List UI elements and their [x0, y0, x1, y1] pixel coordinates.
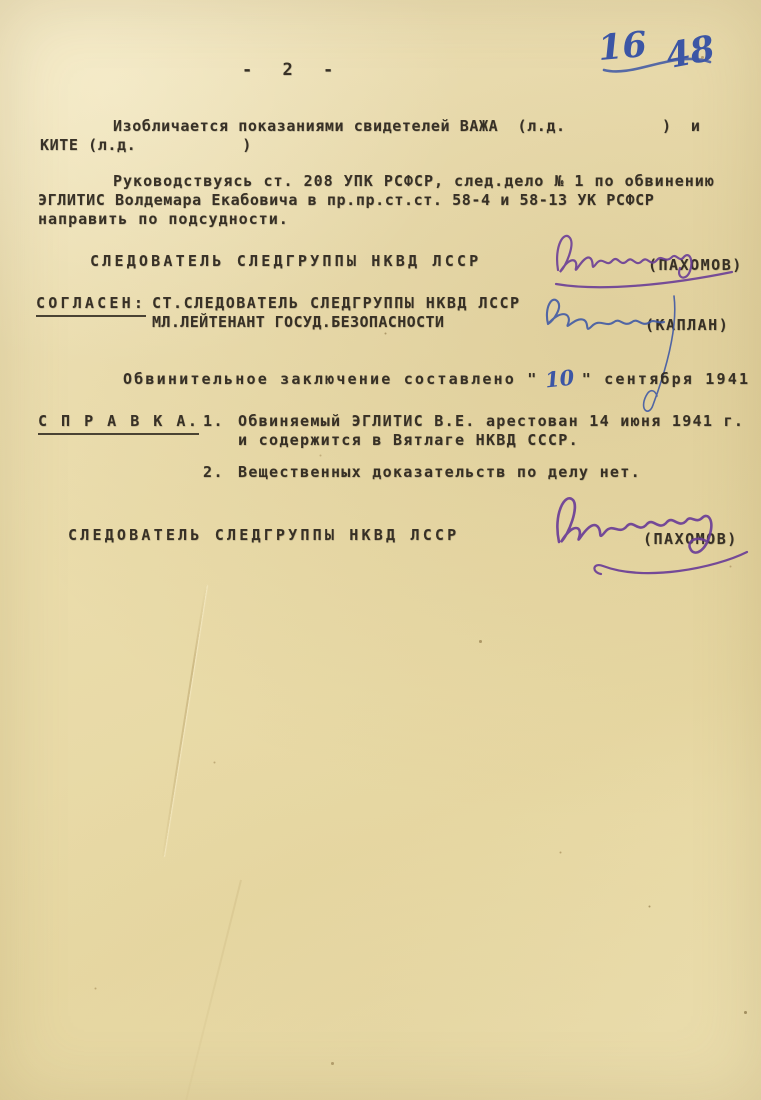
- paper-specks: [0, 0, 1, 1]
- paper-crease: [162, 585, 207, 857]
- signature1-surname: (ПАХОМОВ): [648, 256, 743, 275]
- scanned-document-page: 16 48 - 2 - Изобличается показаниями сви…: [0, 0, 761, 1100]
- paragraph-1-line-1: Изобличается показаниями свидетелей ВАЖА…: [113, 117, 700, 136]
- conclusion-line: Обвинительное заключение составлено "10"…: [78, 350, 761, 408]
- paragraph-2-line-2: ЭГЛИТИС Волдемара Екабовича в пр.пр.ст.с…: [38, 191, 654, 210]
- paragraph-2-line-3: направить по подсудности.: [38, 210, 289, 229]
- corner-number-left: 16: [596, 24, 648, 69]
- agreement-title-line-1: СТ.СЛЕДОВАТЕЛЬ СЛЕДГРУППЫ НКВД ЛССР: [152, 294, 521, 313]
- conclusion-suffix: " сентября 1941 г.: [582, 370, 761, 388]
- agreement-surname: (КАПЛАН): [645, 316, 729, 335]
- spravka-item1-line-1: Обвиняемый ЭГЛИТИС В.Е. арестован 14 июн…: [238, 412, 744, 431]
- spravka-item1-number: 1.: [203, 412, 224, 431]
- page-number: - 2 -: [242, 61, 343, 80]
- handwritten-day: 10: [545, 368, 576, 390]
- signature1-title: СЛЕДОВАТЕЛЬ СЛЕДГРУППЫ НКВД ЛССР: [90, 252, 481, 271]
- agreement-title-line-2: МЛ.ЛЕЙТЕНАНТ ГОСУД.БЕЗОПАСНОСТИ: [152, 313, 444, 332]
- signature2-surname: (ПАХОМОВ): [643, 530, 738, 549]
- spravka-item2-number: 2.: [203, 463, 224, 482]
- paragraph-2-line-1: Руководствуясь ст. 208 УПК РСФСР, след.д…: [113, 172, 715, 191]
- paper-crease: [184, 880, 242, 1100]
- handwritten-corner-annotation: 16 48: [592, 20, 732, 95]
- spravka-item1-line-2: и содержится в Вятлаге НКВД СССР.: [238, 431, 579, 450]
- conclusion-prefix: Обвинительное заключение составлено ": [123, 370, 539, 388]
- spravka-label: С П Р А В К А.: [38, 412, 199, 435]
- paragraph-1-line-2: КИТЕ (л.д. ): [40, 136, 252, 155]
- corner-number-right: 48: [663, 28, 719, 78]
- signature2-title: СЛЕДОВАТЕЛЬ СЛЕДГРУППЫ НКВД ЛССР: [68, 526, 459, 545]
- spravka-item2-text: Вещественных доказательств по делу нет.: [238, 463, 641, 482]
- agreement-label: СОГЛАСЕН:: [36, 294, 146, 317]
